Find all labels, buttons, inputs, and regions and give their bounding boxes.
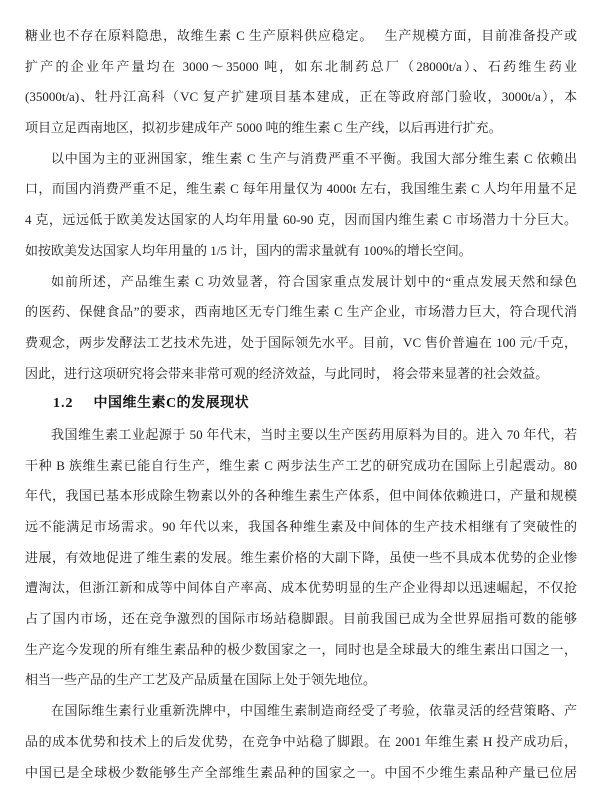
document-page: 糖业也不存在原料隐患，故维生素 C 生产原料供应稳定。 生产规模方面，目前准备投… (0, 0, 601, 788)
text-line: 进展，有效地促进了维生素的发展。维生素价格的大副下降，虽使一些不具成本优势的企业… (25, 543, 577, 574)
heading-1-2: 1.2中国维生素C的发展现状 (25, 389, 577, 420)
text-line: 扩产的企业年产量均在 3000～35000 吨，如东北制药总厂（28000t/a… (25, 52, 577, 83)
document-body: 糖业也不存在原料隐患，故维生素 C 生产原料供应稳定。 生产规模方面，目前准备投… (25, 21, 577, 788)
text-line: 4 克，远远低于欧美发达国家的人均年用量 60-90 克，因而国内维生素 C 市… (25, 205, 577, 236)
section-title: 中国维生素C的发展现状 (94, 389, 250, 420)
text-line: 口，而国内消费严重不足，维生素 C 每年用量仅为 4000t 左右，我国维生素 … (25, 174, 577, 205)
text-line: 年代，我国已基本形成除生物素以外的各种维生素生产体系，但中间体依赖进口，产量和规… (25, 481, 577, 512)
text-line: 糖业也不存在原料隐患，故维生素 C 生产原料供应稳定。 生产规模方面，目前准备投… (25, 21, 577, 52)
text-line: 以中国为主的亚洲国家，维生素 C 生产与消费严重不平衡。我国大部分维生素 C 依… (25, 144, 577, 175)
text-line: 占了国内市场，还在竞争激烈的国际市场站稳脚跟。目前我国已成为全世界屈指可数的能够 (25, 604, 577, 635)
text-line: 我国维生素工业起源于 50 年代末，当时主要以生产医药用原料为目的。进入 70 … (25, 420, 577, 451)
section-number: 1.2 (53, 389, 74, 420)
text-line: 远不能满足市场需求。90 年代以来，我国各种维生素及中间体的生产技术相继有了突破… (25, 512, 577, 543)
text-line: 中国已是全球极少数能够生产全部维生素品种的国家之一。中国不少维生素品种产量已位居 (25, 758, 577, 788)
text-line: 费观念，两步发酵法工艺技术先进，处于国际领先水平。目前，VC 售价普遍在 100… (25, 328, 577, 359)
text-line: 遭淘汰，但浙江新和成等中间体自产率高、成本优势明显的生产企业得却以迅速崛起，不仅… (25, 573, 577, 604)
text-line: 如按欧美发达国家人均年用量的 1/5 计，国内的需求量就有 100%的增长空间。 (25, 236, 577, 267)
text-line: 项目立足西南地区，拟初步建成年产 5000 吨的维生素 C 生产线，以后再进行扩… (25, 113, 577, 144)
text-line: 品的成本优势和技术上的后发优势，在竞争中站稳了脚跟。在 2001 年维生素 H … (25, 727, 577, 758)
text-line: 相当一些产品的生产工艺及产品质量在国际上处于领先地位。 (25, 665, 577, 696)
text-line: (35000t/a)、牡丹江高科（VC 复产扩建项目基本建成，正在等政府部门验收… (25, 82, 577, 113)
text-line: 生产迄今发现的所有维生素品种的极少数国家之一，同时也是全球最大的维生素出口国之一… (25, 635, 577, 666)
text-line: 干种 B 族维生素已能自行生产，维生素 C 两步法生产工艺的研究成功在国际上引起… (25, 451, 577, 482)
text-line: 在国际维生素行业重新洗牌中，中国维生素制造商经受了考验，依靠灵活的经营策略、产 (25, 696, 577, 727)
text-line: 如前所述，产品维生素 C 功效显著，符合国家重点发展计划中的“重点发展天然和绿色 (25, 267, 577, 298)
text-line: 的医药、保健食品”的要求，西南地区无专门维生素 C 生产企业，市场潜力巨大，符合… (25, 297, 577, 328)
text-line: 因此，进行这项研究将会带来非常可观的经济效益，与此同时， 将会带来显著的社会效益… (25, 359, 577, 390)
